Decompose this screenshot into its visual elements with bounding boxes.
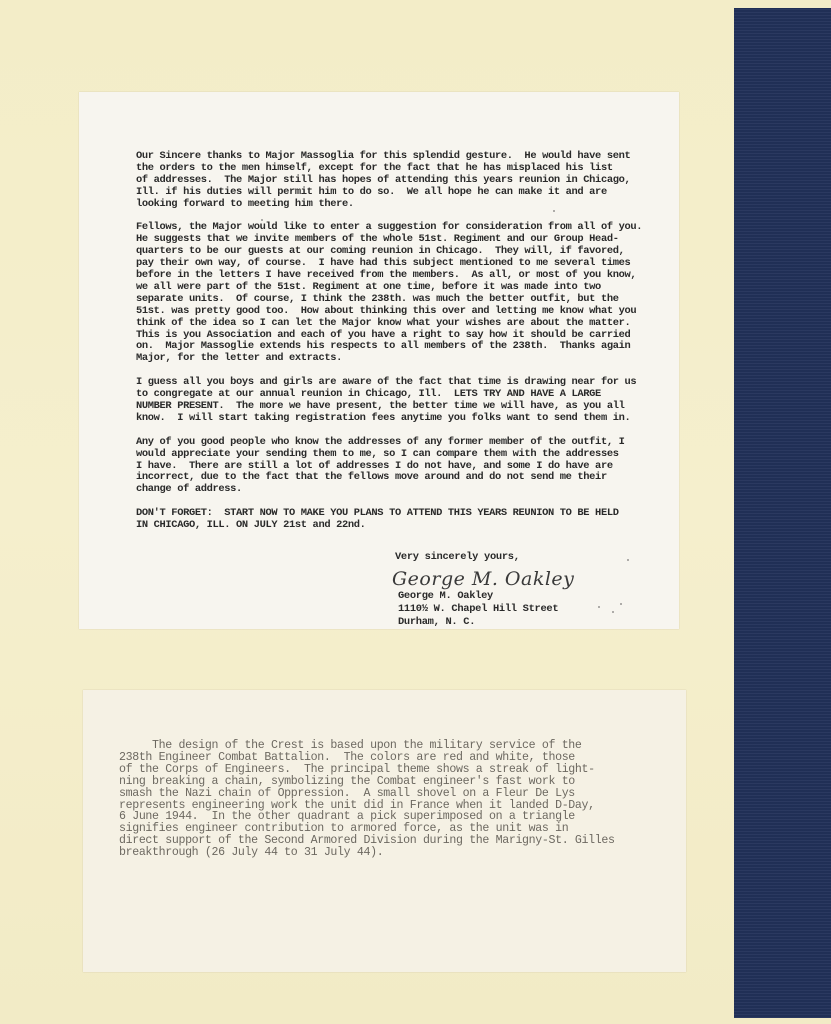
letter-paragraph-3: I guess all you boys and girls are aware… [136, 377, 642, 425]
letter-line: looking forward to meeting him there. [136, 199, 642, 211]
crest-line: of the Corps of Engineers. The principal… [119, 764, 615, 776]
sender-name: George M. Oakley [398, 590, 558, 603]
letter-paragraph-4: Any of you good people who know the addr… [136, 437, 642, 497]
letter-closing: Very sincerely yours, [395, 551, 520, 564]
sender-city: Durham, N. C. [398, 616, 558, 629]
sender-address-block: George M. Oakley1110½ W. Chapel Hill Str… [398, 590, 558, 629]
ink-speck [598, 606, 600, 608]
ink-speck [553, 210, 555, 212]
letter-line: Major, for the letter and extracts. [136, 353, 642, 365]
crest-line: ning breaking a chain, symbolizing the C… [119, 776, 615, 788]
ink-speck [627, 559, 629, 561]
crest-line: smash the Nazi chain of Oppression. A sm… [119, 788, 615, 800]
letter-line: think of the idea so I can let the Major… [136, 318, 642, 330]
letter-line: Any of you good people who know the addr… [136, 437, 642, 449]
letter-line: know. I will start taking registration f… [136, 413, 642, 425]
letter-reminder: DON'T FORGET: START NOW TO MAKE YOU PLAN… [136, 508, 642, 532]
ink-speck [261, 219, 263, 221]
letter-body: Our Sincere thanks to Major Massoglia fo… [136, 151, 642, 544]
letter-line: would appreciate your sending them to me… [136, 449, 642, 461]
crest-description-text: The design of the Crest is based upon th… [119, 740, 615, 859]
letter-line: 51st. was pretty good too. How about thi… [136, 306, 642, 318]
letter-line: of addresses. The Major still has hopes … [136, 175, 642, 187]
letter-paragraph-1: Our Sincere thanks to Major Massoglia fo… [136, 151, 642, 211]
letter-paragraph-2: Fellows, the Major would like to enter a… [136, 222, 642, 365]
ink-speck [620, 603, 622, 605]
letter-line: IN CHICAGO, ILL. ON JULY 21st and 22nd. [136, 520, 642, 532]
sender-street: 1110½ W. Chapel Hill Street [398, 603, 558, 616]
ink-speck [612, 611, 614, 613]
letter-line: change of address. [136, 484, 642, 496]
handwritten-signature: George M. Oakley [392, 568, 574, 590]
album-binding-spine [734, 8, 831, 1018]
crest-line: breakthrough (26 July 44 to 31 July 44). [119, 847, 615, 859]
letter-line: Ill. if his duties will permit him to do… [136, 187, 642, 199]
letter-line: separate units. Of course, I think the 2… [136, 294, 642, 306]
